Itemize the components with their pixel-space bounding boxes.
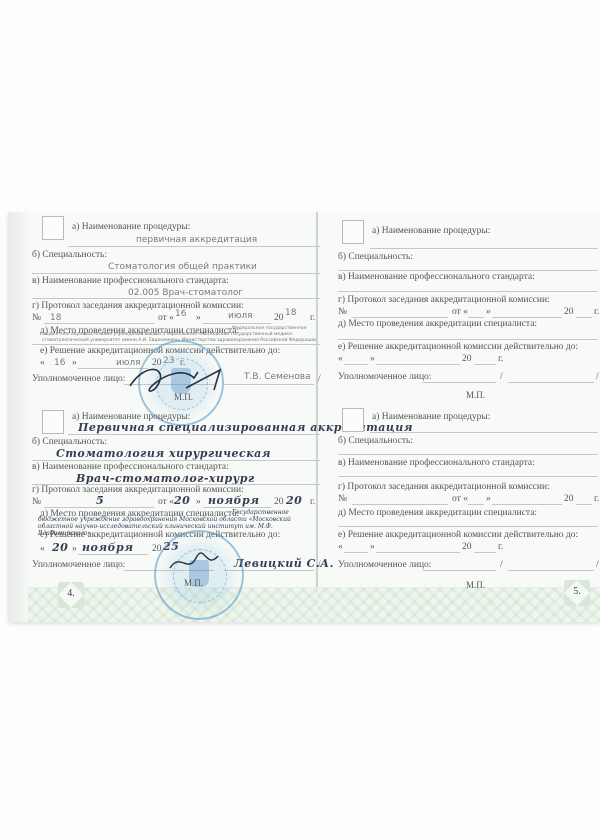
page-number-badge: 4. [58, 582, 84, 608]
field-line [376, 552, 460, 553]
protocol-year: 18 [285, 308, 296, 318]
year-suffix: г. [594, 307, 599, 317]
valid-day: 20 [52, 541, 68, 554]
protocol-year: 20 [286, 494, 302, 507]
year-suffix: г. [498, 542, 503, 552]
number-sign: № [338, 307, 347, 317]
quote-close: » [72, 358, 77, 368]
seal-place: М.П. [184, 578, 203, 588]
protocol-number: 18 [50, 313, 61, 323]
quote-close: » [196, 313, 201, 323]
field-line [474, 364, 496, 365]
name-line [508, 382, 594, 383]
field-line [370, 432, 598, 433]
procedure-label: а) Наименование процедуры: [72, 222, 190, 232]
standard-label: в) Наименование профессионального станда… [338, 458, 535, 468]
protocol-number: 5 [96, 494, 104, 507]
guilloche-border [318, 587, 600, 622]
number-sign: № [32, 497, 41, 507]
authorized-label: Уполномоченное лицо: [338, 372, 431, 382]
from-label: от « [452, 494, 468, 504]
year-suffix: г. [310, 497, 315, 507]
entry-checkbox [42, 410, 64, 434]
from-label: от « [158, 497, 174, 507]
number-sign: № [32, 313, 41, 323]
entry-checkbox [342, 408, 364, 432]
quote-open: « [338, 354, 343, 364]
number-sign: № [338, 494, 347, 504]
standard-value: 02.005 Врач-стоматолог [128, 288, 243, 298]
protocol-label: г) Протокол заседания аккредитационной к… [338, 482, 550, 492]
protocol-day: 16 [175, 309, 186, 319]
specialty-label: б) Специальность: [32, 437, 107, 447]
quote-close: » [486, 307, 491, 317]
quote-close: » [486, 494, 491, 504]
specialty-label: б) Специальность: [338, 252, 413, 262]
authorized-label: Уполномоченное лицо: [32, 374, 125, 384]
standard-label: в) Наименование профессионального станда… [32, 462, 229, 472]
field-line [203, 507, 271, 508]
protocol-label: г) Протокол заседания аккредитационной к… [32, 301, 244, 311]
field-line [32, 460, 320, 461]
specialty-value: Стоматология хирургическая [56, 447, 271, 460]
valid-label: е) Решение аккредитационной комиссии дей… [40, 530, 280, 540]
seal-place: М.П. [466, 390, 485, 400]
specialty-value: Стоматология общей практики [108, 262, 257, 272]
quote-close: » [370, 354, 375, 364]
quote-close: » [196, 497, 201, 507]
field-line [338, 291, 598, 292]
field-line [376, 364, 460, 365]
specialty-label: б) Специальность: [32, 250, 107, 260]
specialty-label: б) Специальность: [338, 436, 413, 446]
field-line [576, 504, 592, 505]
quote-close: » [72, 544, 77, 554]
field-line [338, 270, 598, 271]
entry-checkbox [42, 216, 64, 240]
name-line [508, 570, 594, 571]
field-line [44, 507, 154, 508]
slash: / [596, 560, 599, 570]
field-line [344, 552, 368, 553]
year-suffix: г. [594, 494, 599, 504]
field-line [338, 476, 598, 477]
procedure-label: а) Наименование процедуры: [372, 412, 490, 422]
field-line [32, 273, 320, 274]
from-label: от « [452, 307, 468, 317]
page-4: а) Наименование процедуры: первичная акк… [28, 212, 324, 622]
valid-month: ноября [82, 541, 134, 554]
field-line [352, 317, 448, 318]
field-line [32, 298, 320, 299]
year-suffix: г. [498, 354, 503, 364]
authorized-label: Уполномоченное лицо: [32, 560, 125, 570]
field-line [492, 317, 562, 318]
year-suffix: г. [310, 313, 315, 323]
from-label: от « [158, 313, 174, 323]
procedure-value: первичная аккредитация [136, 235, 257, 245]
quote-close: » [370, 542, 375, 552]
valid-label: е) Решение аккредитационной комиссии дей… [338, 342, 578, 352]
place-label: д) Место проведения аккредитации специал… [338, 508, 537, 518]
seal-place: М.П. [174, 392, 193, 402]
signature-line [422, 382, 496, 383]
signature [166, 548, 226, 578]
page-edge-shadow [8, 212, 28, 622]
standard-label: в) Наименование профессионального станда… [338, 272, 535, 282]
field-line [492, 504, 562, 505]
seal-place: М.П. [466, 580, 485, 590]
field-line [338, 339, 598, 340]
protocol-day: 20 [174, 494, 190, 507]
entry-checkbox [342, 220, 364, 244]
place-label: д) Место проведения аккредитации специал… [338, 319, 537, 329]
field-line [468, 504, 484, 505]
procedure-label: а) Наименование процедуры: [372, 226, 490, 236]
field-line [338, 454, 598, 455]
protocol-month: ноября [208, 494, 260, 507]
slash: / [500, 372, 503, 382]
authorized-person: Т.В. Семенова [244, 372, 311, 382]
page-number: 5. [564, 586, 590, 597]
field-line [338, 526, 598, 527]
field-line [352, 504, 448, 505]
authorized-label: Уполномоченное лицо: [338, 560, 431, 570]
year-prefix: 20 [564, 494, 574, 504]
document-spread: а) Наименование процедуры: первичная акк… [8, 212, 600, 622]
field-line [68, 246, 320, 247]
year-prefix: 20 [274, 497, 284, 507]
field-line [344, 364, 368, 365]
valid-day: 16 [54, 358, 65, 368]
page-5: а) Наименование процедуры: б) Специально… [318, 212, 600, 622]
field-line [474, 552, 496, 553]
field-line [44, 323, 154, 324]
quote-open: « [338, 542, 343, 552]
field-line [576, 317, 592, 318]
field-line [468, 317, 484, 318]
protocol-month: июля [228, 311, 253, 321]
field-line [203, 323, 271, 324]
valid-label: е) Решение аккредитационной комиссии дей… [338, 530, 578, 540]
page-number: 4. [58, 588, 84, 599]
quote-open: « [40, 358, 45, 368]
year-prefix: 20 [564, 307, 574, 317]
slash: / [500, 560, 503, 570]
protocol-label: г) Протокол заседания аккредитационной к… [338, 295, 550, 305]
signature [124, 360, 234, 396]
year-prefix: 20 [274, 313, 284, 323]
year-prefix: 20 [462, 542, 472, 552]
field-line [370, 248, 598, 249]
name-line [224, 384, 314, 385]
signature-line [422, 570, 496, 571]
field-line [78, 554, 148, 555]
quote-open: « [40, 544, 45, 554]
field-line [68, 434, 320, 435]
standard-label: в) Наименование профессионального станда… [32, 276, 229, 286]
page-number-badge: 5. [564, 580, 590, 606]
year-prefix: 20 [462, 354, 472, 364]
slash: / [596, 372, 599, 382]
